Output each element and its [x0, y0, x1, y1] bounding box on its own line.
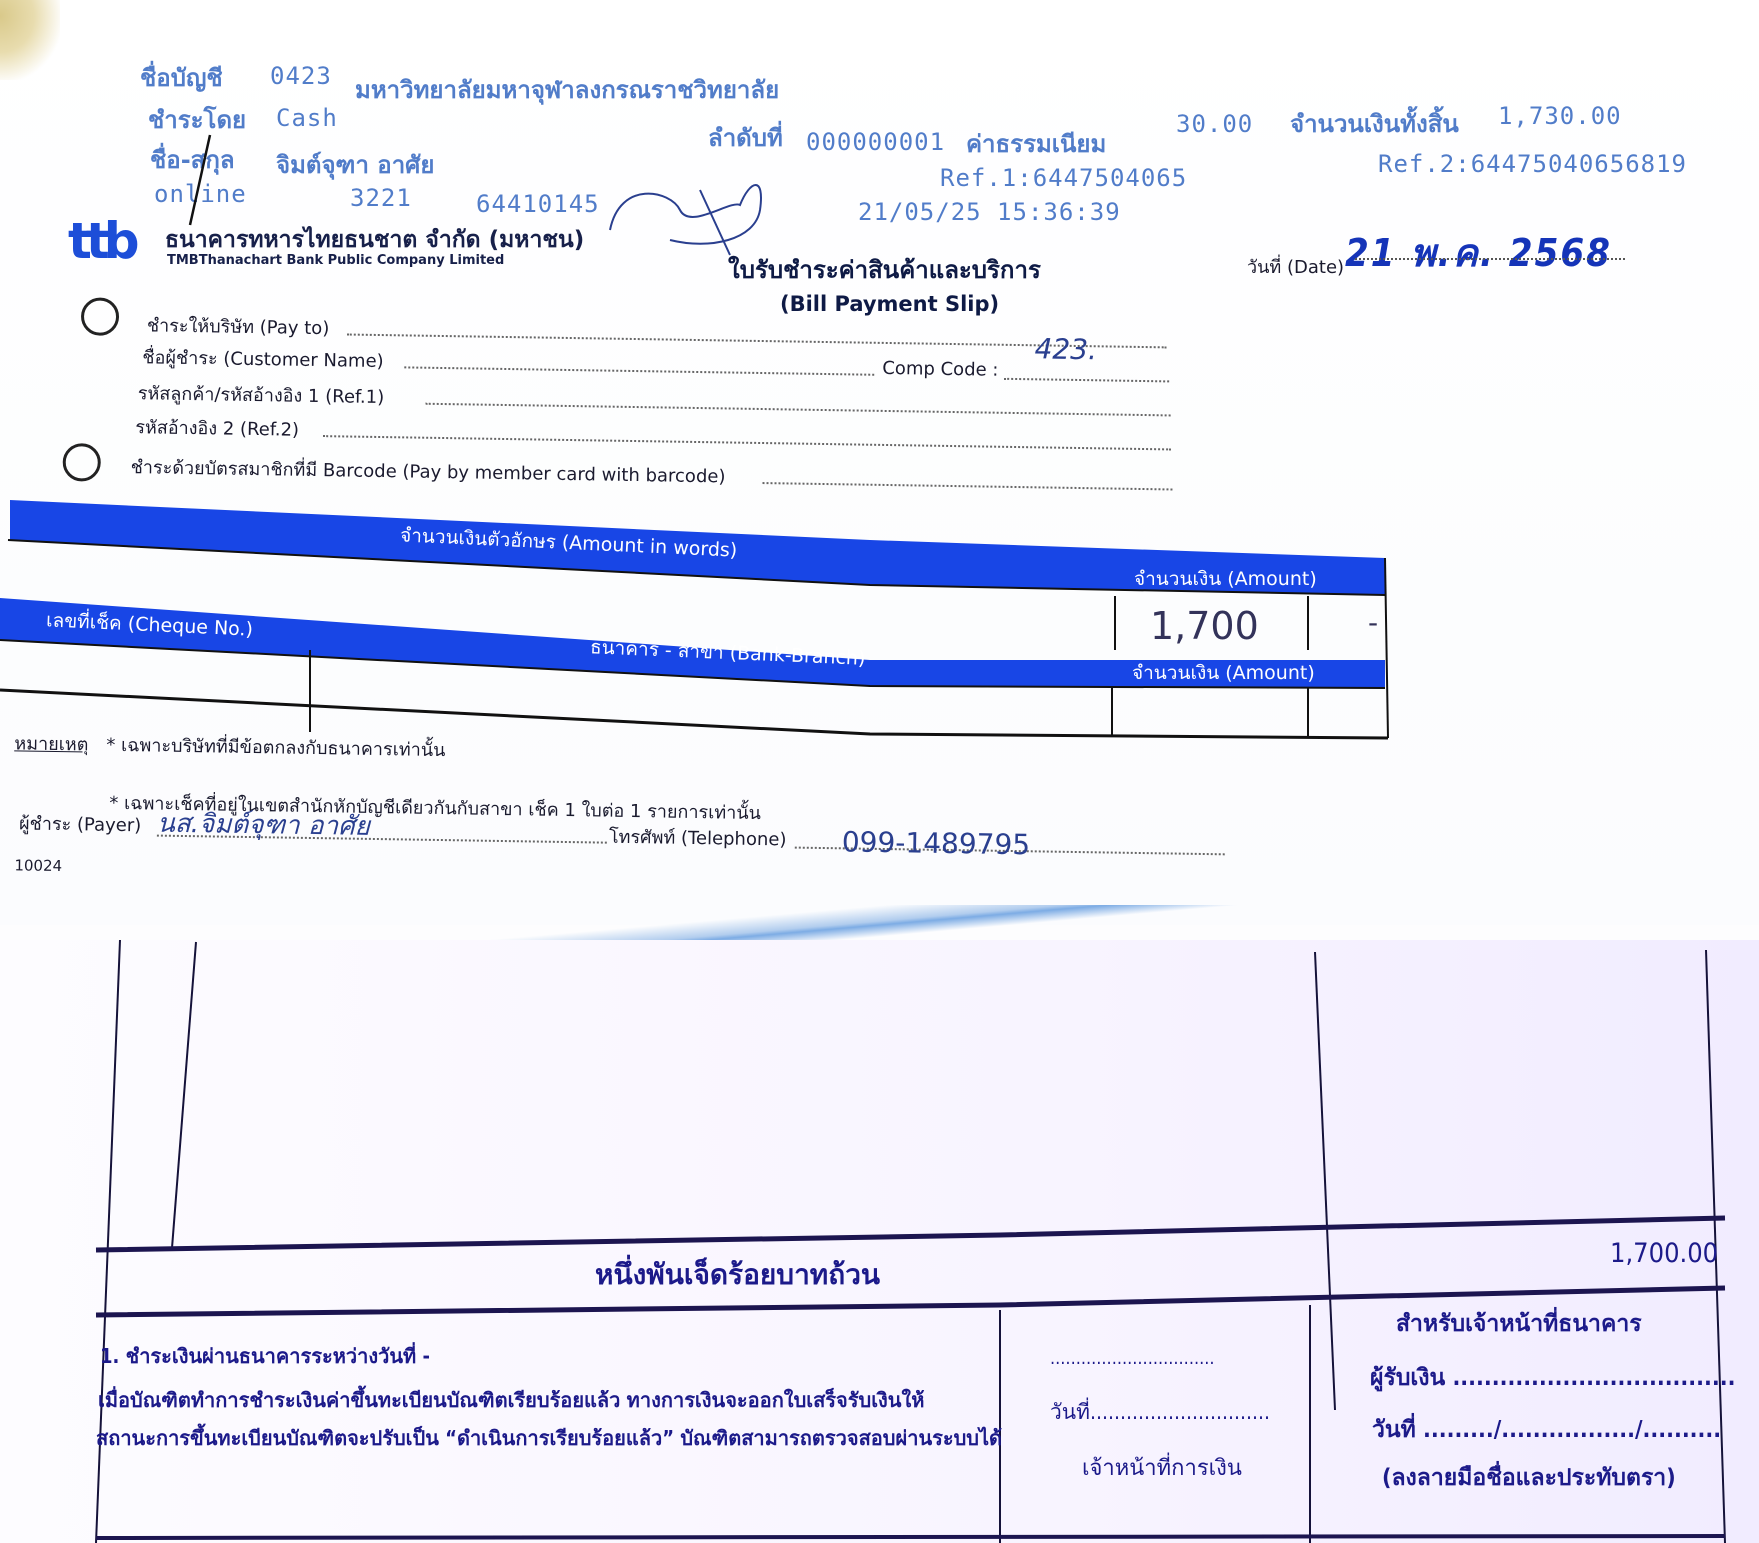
receipt-amount-words: หนึ่งพันเจ็ดร้อยบาทถ้วน	[595, 1253, 880, 1297]
instruction-1: 1. ชำระเงินผ่านธนาคารระหว่างวันที่ -	[100, 1340, 430, 1372]
notes-section: หมายเหตุ * เฉพาะบริษัทที่มีข้อตกลงกับธนา…	[0, 0, 1759, 928]
payer-value: นส.จิมต์จุฑา อาศัย	[157, 803, 370, 847]
instruction-2: เมื่อบัณฑิตทำการชำระเงินค่าขึ้นทะเบียนบั…	[98, 1384, 924, 1416]
finance-date-field[interactable]: วันที่..............................	[1050, 1396, 1270, 1429]
payer-label: ผู้ชำระ (Payer)	[19, 808, 142, 839]
phone-label: โทรศัพท์ (Telephone)	[609, 822, 787, 854]
receiver-field[interactable]: ผู้รับเงิน .............................…	[1370, 1360, 1735, 1396]
note-1: * เฉพาะบริษัทที่มีข้อตกลงกับธนาคารเท่านั…	[106, 730, 446, 764]
instruction-3: สถานะการขึ้นทะเบียนบัณฑิตจะปรับเป็น “ดำเ…	[96, 1422, 1002, 1454]
receipt-amount: 1,700.00	[1610, 1238, 1718, 1269]
finance-officer-label: เจ้าหน้าที่การเงิน	[1082, 1450, 1242, 1485]
bank-date-field[interactable]: วันที่ ........./................./.....…	[1372, 1412, 1721, 1448]
sign-stamp-label: (ลงลายมือชื่อและประทับตรา)	[1382, 1460, 1676, 1496]
phone-value: 099-1489795	[842, 825, 1031, 861]
finance-signature-field[interactable]: ................................	[1050, 1348, 1215, 1369]
notes-label: หมายเหตุ	[14, 728, 89, 758]
bank-officer-title: สำหรับเจ้าหน้าที่ธนาคาร	[1396, 1306, 1642, 1342]
form-number: 10024	[14, 856, 62, 875]
